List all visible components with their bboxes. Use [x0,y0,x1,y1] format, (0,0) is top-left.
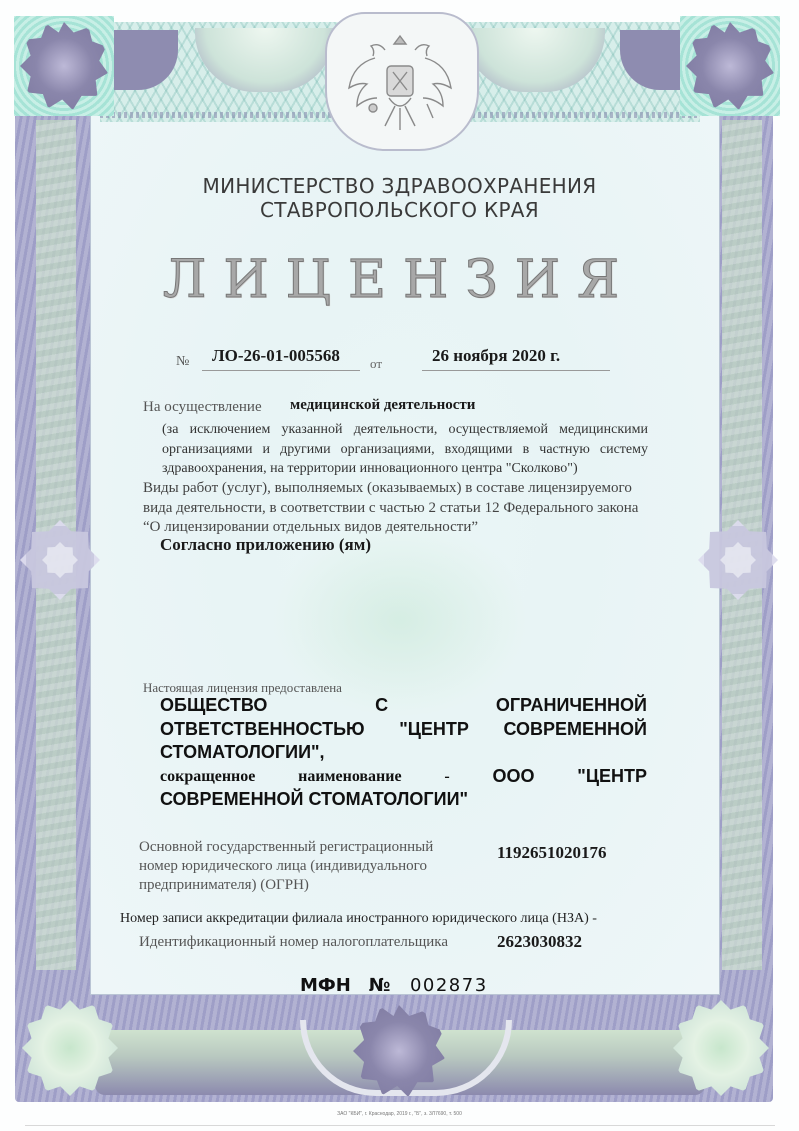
form-number-sign: № [369,975,391,996]
nza-label: Номер записи аккредитации филиала иностр… [120,911,597,927]
licensee-name: ОБЩЕСТВО С ОГРАНИЧЕННОЙ ОТВЕТСТВЕННОСТЬЮ… [160,694,647,812]
word: наименование [298,765,401,789]
licensee-short-name-line: сокращенное наименование - ООО "ЦЕНТР [160,765,647,789]
issuing-authority: МИНИСТЕРСТВО ЗДРАВООХРАНЕНИЯ СТАВРОПОЛЬС… [0,174,799,222]
form-serial-number: МФН № 002873 [300,975,488,996]
scan-edge [25,1125,775,1126]
word: сокращенное [160,765,255,789]
word: С [375,694,388,718]
issuer-line-1: МИНИСТЕРСТВО ЗДРАВООХРАНЕНИЯ [0,174,799,198]
word: ООО [492,765,534,789]
inn-label: Идентификационный номер налогоплательщик… [139,934,448,951]
word: "ЦЕНТР [577,765,647,789]
document-title: ЛИЦЕНЗИЯ [0,250,799,310]
works-line-1: Виды работ (услуг), выполняемых (оказыва… [143,479,653,499]
licensee-line-5: СОВРЕМЕННОЙ СТОМАТОЛОГИИ" [160,788,647,812]
printer-imprint: ЗАО "КБИ", г. Краснодар, 2019 г., "Б", з… [0,1111,799,1117]
word: ОТВЕТСТВЕННОСТЬЮ [160,718,365,742]
number-sign: № [176,354,189,370]
works-line-2: вида деятельности, в соответствии с част… [143,499,653,519]
inn-value: 2623030832 [497,932,582,952]
works-description: Виды работ (услуг), выполняемых (оказыва… [143,479,653,538]
word: "ЦЕНТР [399,718,469,742]
activity-exclusion: (за исключением указанной деятельности, … [162,420,648,479]
date-underline [422,370,610,371]
word: СОВРЕМЕННОЙ [503,718,647,742]
licensee-line-1: ОБЩЕСТВО С ОГРАНИЧЕННОЙ [160,694,647,718]
license-sheet: ЗАО "КБИ", г. Краснодар, 2019 г., "Б", з… [0,0,799,1131]
side-rosette-icon-left [20,520,100,600]
issuer-line-2: СТАВРОПОЛЬСКОГО КРАЯ [0,198,799,222]
licensee-line-2: ОТВЕТСТВЕННОСТЬЮ "ЦЕНТР СОВРЕМЕННОЙ [160,718,647,742]
form-number: 002873 [410,975,488,996]
ogrn-value: 1192651020176 [497,843,607,863]
activity-type: медицинской деятельности [290,397,475,414]
word: ОГРАНИЧЕННОЙ [496,694,647,718]
license-number-row: № ЛО-26-01-005568 от 26 ноября 2020 г. [176,346,616,374]
licensee-line-3: СТОМАТОЛОГИИ", [160,741,647,765]
word: ОБЩЕСТВО [160,694,267,718]
activity-label: На осуществление [143,399,262,416]
per-appendix-note: Согласно приложению (ям) [160,535,371,555]
license-number: ЛО-26-01-005568 [212,346,340,366]
side-rosette-icon-right [698,520,778,600]
date-prefix: от [370,356,382,372]
form-series: МФН [300,975,351,996]
double-headed-eagle-icon [345,28,455,136]
license-date: 26 ноября 2020 г. [432,346,560,366]
word: - [444,765,449,789]
ogrn-label: Основной государственный регистрационный… [139,838,459,895]
number-underline [202,370,360,371]
